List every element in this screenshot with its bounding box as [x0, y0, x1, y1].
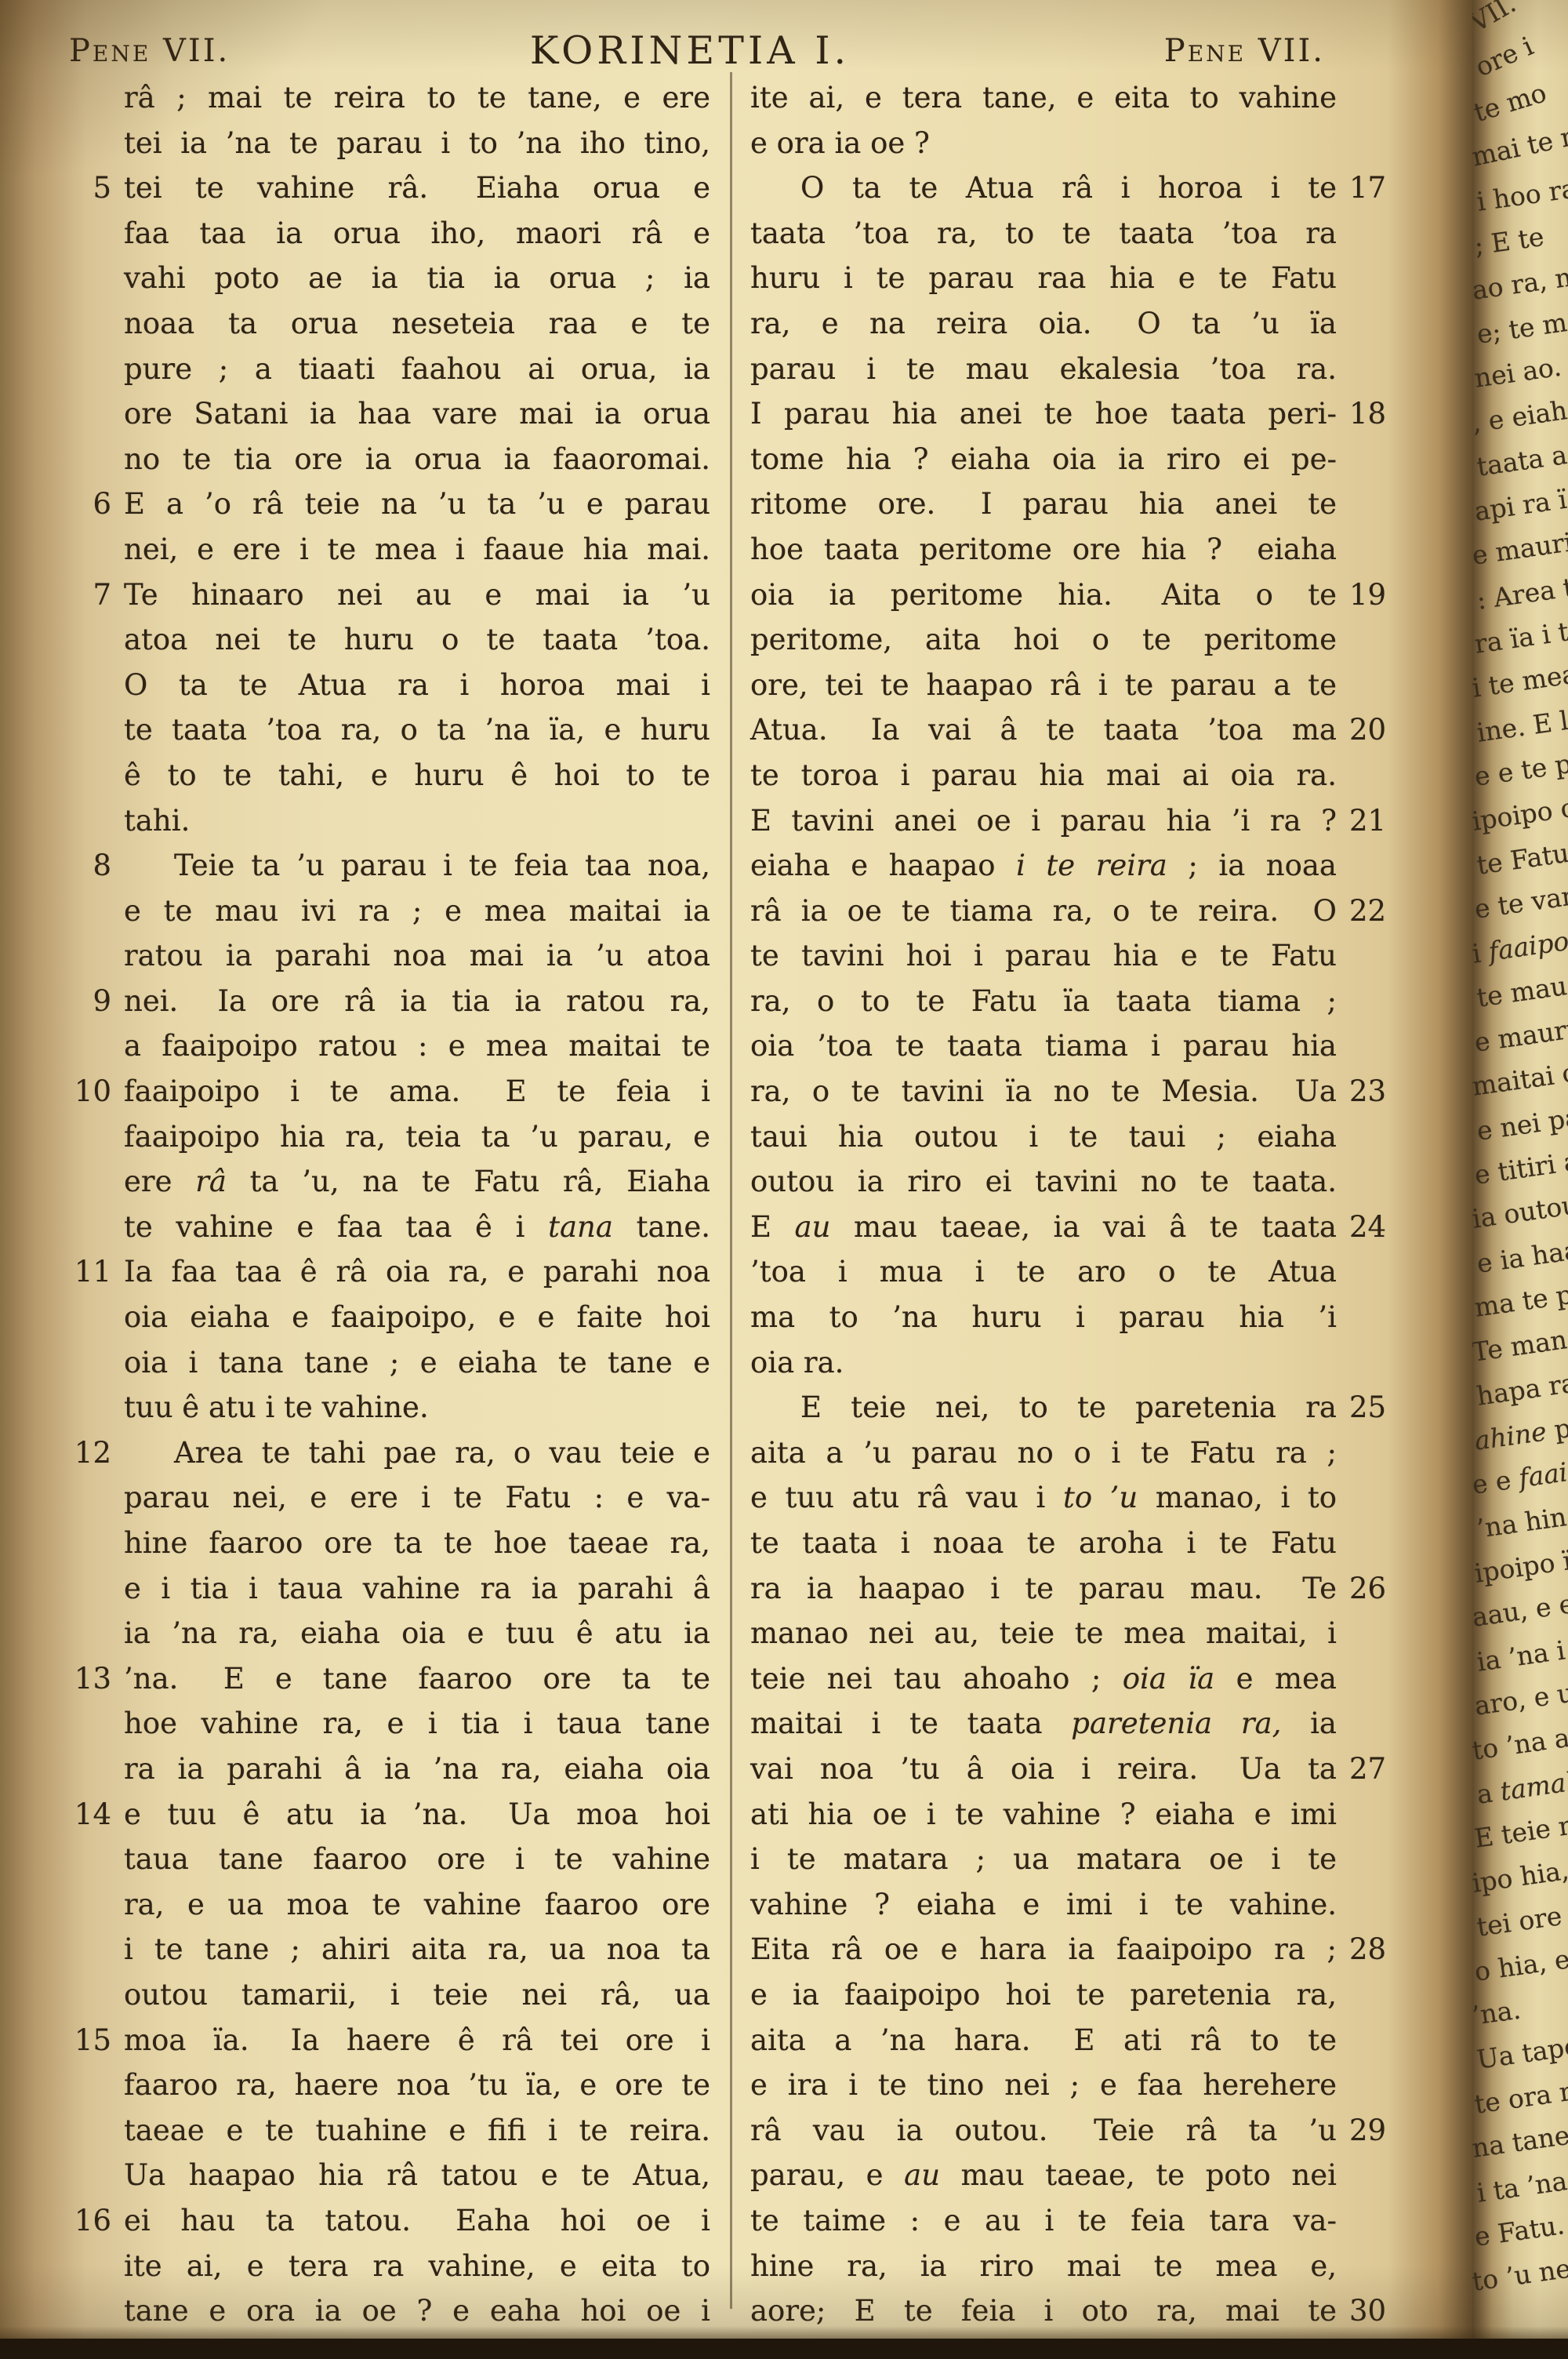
line-text: e ia faaipoipo hoi te paretenia ra,	[750, 1978, 1337, 2012]
verse-number: 7	[56, 572, 111, 618]
line-text: outou tamarii, i teie nei râ, ua	[124, 1978, 710, 2012]
line-text: Eita râ oe e hara ia faaipoipo ra ;	[750, 1932, 1337, 1966]
text-line: noaa ta orua neseteia raa e te	[124, 301, 710, 347]
line-text: e i tia i taua vahine ra ia parahi â	[124, 1572, 710, 1605]
line-text: a faaipoipo ratou : e mea maitai te	[124, 1029, 710, 1063]
text-line: maitai i te taata paretenia ra, ia	[750, 1701, 1337, 1747]
verse-number: 5	[56, 165, 111, 211]
text-line: ’toa i mua i te aro o te Atua	[750, 1249, 1337, 1295]
verse-number: 28	[1349, 1927, 1428, 1972]
verse-number: 11	[56, 1249, 111, 1295]
text-line: hoe vahine ra, e i tia i taua tane	[124, 1701, 710, 1747]
line-text: te taata i noaa te aroha i te Fatu	[750, 1526, 1337, 1560]
edge-text-fragment: ia ’na i t	[1475, 1625, 1568, 1677]
text-line: O ta te Atua ra i horoa mai i	[124, 663, 710, 708]
text-line: manao nei au, teie te mea maitai, i	[750, 1611, 1337, 1656]
line-text: ritome ore. I parau hia anei te	[750, 487, 1337, 521]
text-line: Ua haapao hia râ tatou e te Atua,	[124, 2153, 710, 2198]
line-text: oia ra.	[750, 1346, 844, 1379]
line-text: taui hia outou i te taui ; eiaha	[750, 1120, 1337, 1154]
line-text: ei hau ta tatou. Eaha hoi oe i	[124, 2204, 710, 2237]
line-text: hine faaroo ore ta te hoe taeae ra,	[124, 1526, 710, 1560]
edge-text-fragment: aro, e ua	[1472, 1669, 1568, 1721]
line-text: no te tia ore ia orua ia faaoromai.	[124, 442, 710, 476]
verse-number: 12	[56, 1430, 111, 1476]
text-line: no te tia ore ia orua ia faaoromai.	[124, 437, 710, 482]
line-text: Ia faa taa ê râ oia ra, e parahi noa	[124, 1255, 710, 1289]
verse-number: 15	[56, 2018, 111, 2063]
text-line: pure ; a tiaati faahou ai orua, ia	[124, 347, 710, 392]
edge-text-fragment: ia outou,	[1472, 1182, 1568, 1234]
line-text: nei, e ere i te mea i faaue hia mai.	[124, 533, 710, 566]
edge-text-fragment: ; E te	[1472, 209, 1568, 260]
text-line: vahi poto ae ia tia ia orua ; ia	[124, 256, 710, 301]
line-text: te vahine e faa taa ê i tana tane.	[124, 1210, 710, 1244]
edge-text-fragment: e ia haapa	[1475, 1227, 1568, 1278]
text-line: tuu ê atu i te vahine.	[124, 1385, 710, 1430]
text-line: oia ra.	[750, 1340, 1337, 1386]
text-line: oia eiaha e faaipoipo, e e faite hoi	[124, 1295, 710, 1340]
line-text: faaipoipo i te ama. E te feia i	[124, 1074, 710, 1108]
text-line: te tavini hoi i parau hia e te Fatu	[750, 933, 1337, 979]
line-text: ra, e ua moa te vahine faaroo ore	[124, 1888, 710, 1921]
text-line: huru i te parau raa hia e te Fatu	[750, 256, 1337, 301]
edge-text-fragment: te Fatu r	[1475, 828, 1568, 880]
line-text: oia i tana tane ; e eiaha te tane e	[124, 1346, 710, 1379]
text-line: 25E teie nei, to te paretenia ra	[750, 1385, 1337, 1430]
edge-text-fragment: e e te pa	[1472, 740, 1568, 791]
line-text: ra ia parahi â ia ’na ra, eiaha oia	[124, 1752, 710, 1786]
line-text: râ vau ia outou. Teie râ ta ’u	[750, 2114, 1337, 2147]
text-line: tahi.	[124, 798, 710, 844]
text-line: 28Eita râ oe e hara ia faaipoipo ra ;	[750, 1927, 1337, 1972]
line-text: ore, tei te haapao râ i te parau a te	[750, 668, 1337, 702]
text-line: ia ’na ra, eiaha oia e tuu ê atu ia	[124, 1611, 710, 1656]
text-line: 26ra ia haapao i te parau mau. Te	[750, 1566, 1337, 1612]
page-header: Pene VII. KORINETIA I. Pene VII.	[0, 28, 1472, 78]
column-divider-rule	[730, 72, 732, 2309]
line-text: E teie nei, to te paretenia ra	[800, 1390, 1337, 1424]
page-bottom-shadow	[0, 2326, 1568, 2339]
text-line: 27vai noa ’tu â oia i reira. Ua ta	[750, 1747, 1337, 1792]
line-text: ma to ’na huru i parau hia ’i	[750, 1300, 1337, 1334]
text-line: 29râ vau ia outou. Teie râ ta ’u	[750, 2108, 1337, 2154]
text-line: ma to ’na huru i parau hia ’i	[750, 1295, 1337, 1340]
line-text: e tuu ê atu ia ’na. Ua moa hoi	[124, 1797, 710, 1831]
line-text: ere râ ta ’u, na te Fatu râ, Eiaha	[124, 1165, 710, 1198]
text-line: oia ’toa te taata tiama i parau hia	[750, 1023, 1337, 1069]
edge-text-fragment: ’na hinaa	[1475, 1492, 1568, 1543]
edge-text-fragment: e e faaipo	[1472, 1448, 1568, 1499]
text-line: taata ’toa ra, to te taata ’toa ra	[750, 211, 1337, 256]
edge-text-fragment: E teie n	[1472, 1801, 1568, 1853]
verse-number: 18	[1349, 391, 1428, 437]
line-text: e tuu atu râ vau i to ’u manao, i to	[750, 1481, 1337, 1514]
text-line: e te mau ivi ra ; e mea maitai ia	[124, 889, 710, 934]
text-line: hoe taata peritome ore hia ? eiaha	[750, 527, 1337, 572]
verse-number: 25	[1349, 1385, 1428, 1430]
text-line: e tuu atu râ vau i to ’u manao, i to	[750, 1475, 1337, 1521]
text-line: parau i te mau ekalesia ’toa ra.	[750, 347, 1337, 392]
line-text: parau nei, e ere i te Fatu : e va-	[124, 1481, 710, 1514]
edge-text-fragment: e titiri at	[1472, 1138, 1568, 1190]
text-line: 10faaipoipo i te ama. E te feia i	[124, 1069, 710, 1114]
text-line: hine ra, ia riro mai te mea e,	[750, 2244, 1337, 2289]
line-text: Te hinaaro nei au e mai ia ’u	[124, 578, 710, 612]
text-line: nei, e ere i te mea i faaue hia mai.	[124, 527, 710, 572]
edge-text-fragment: aau, e e a	[1472, 1580, 1568, 1632]
edge-text-fragment: to ’u nei	[1472, 2245, 1568, 2296]
line-text: atoa nei te huru o te taata ’toa.	[124, 623, 710, 656]
text-line: parau nei, e ere i te Fatu : e va-	[124, 1475, 710, 1521]
line-text: ratou ia parahi noa mai ia ’u atoa	[124, 939, 710, 972]
line-text: vahine ? eiaha e imi i te vahine.	[750, 1888, 1337, 1921]
text-line: faaipoipo hia ra, teia ta ’u parau, e	[124, 1114, 710, 1160]
line-text: oia ia peritome hia. Aita o te	[750, 578, 1337, 612]
text-line: atoa nei te huru o te taata ’toa.	[124, 617, 710, 663]
edge-text-fragment: i ta ’na	[1475, 2156, 1568, 2208]
line-text: peritome, aita hoi o te peritome	[750, 623, 1337, 656]
line-text: manao nei au, teie te mea maitai, i	[750, 1616, 1337, 1650]
edge-text-fragment: e; te mou	[1475, 297, 1568, 349]
edge-text-fragment: e Fatu.	[1472, 2200, 1568, 2252]
verse-number: 24	[1349, 1205, 1428, 1250]
line-text: I parau hia anei te hoe taata peri-	[750, 397, 1337, 431]
verse-number: 23	[1349, 1069, 1428, 1114]
line-text: tome hia ? eiaha oia ia riro ei pe-	[750, 442, 1337, 476]
edge-text-fragment: taata aor	[1475, 430, 1568, 482]
line-text: faaipoipo hia ra, teia ta ’u parau, e	[124, 1120, 710, 1154]
text-line: oia i tana tane ; e eiaha te tane e	[124, 1340, 710, 1386]
edge-text-fragment: e mauri	[1472, 518, 1568, 570]
line-text: oia ’toa te taata tiama i parau hia	[750, 1029, 1337, 1063]
scanned-book-page: Pene VII. KORINETIA I. Pene VII. râ ; ma…	[0, 0, 1568, 2359]
text-line: râ ; mai te reira to te tane, e ere	[124, 75, 710, 121]
running-head-right: Pene VII.	[1098, 33, 1325, 69]
line-text: aita a ’u parau no o i te Fatu ra ;	[750, 1436, 1337, 1470]
line-text: ite ai, e tera ra vahine, e eita to	[124, 2249, 710, 2283]
line-text: O ta te Atua ra i horoa mai i	[124, 668, 710, 702]
line-text: huru i te parau raa hia e te Fatu	[750, 261, 1337, 295]
text-line: 16ei hau ta tatou. Eaha hoi oe i	[124, 2198, 710, 2244]
text-line: 8Teie ta ’u parau i te feia taa noa,	[124, 843, 710, 889]
verse-number: 6	[56, 482, 111, 527]
edge-text-fragment: e nei par	[1475, 1094, 1568, 1146]
line-text: Teie ta ’u parau i te feia taa noa,	[174, 849, 710, 882]
text-line: aita a ’na hara. E ati râ to te	[750, 2018, 1337, 2063]
verse-number: 8	[56, 843, 111, 889]
verse-number: 14	[56, 1792, 111, 1837]
line-text: ati hia oe i te vahine ? eiaha e imi	[750, 1797, 1337, 1831]
text-line: e i tia i taua vahine ra ia parahi â	[124, 1566, 710, 1612]
line-text: tei te vahine râ. Eiaha orua e	[124, 171, 710, 205]
text-line: ra, e ua moa te vahine faaroo ore	[124, 1882, 710, 1928]
line-text: i te matara ; ua matara oe i te	[750, 1842, 1337, 1876]
edge-text-fragment: hapa ra ta	[1475, 1359, 1568, 1411]
text-line: teie nei tau ahoaho ; oia ïa e mea	[750, 1656, 1337, 1702]
line-text: i te tane ; ahiri aita ra, ua noa ta	[124, 1932, 710, 1966]
edge-text-fragment: i faaipoip	[1472, 917, 1568, 969]
line-text: parau, e au mau taeae, te poto nei	[750, 2158, 1337, 2192]
text-line: eiaha e haapao i te reira ; ia noaa	[750, 843, 1337, 889]
verse-number: 29	[1349, 2108, 1428, 2154]
line-text: ra, o to te Fatu ïa taata tiama ;	[750, 984, 1337, 1018]
edge-text-fragment: a tamahine	[1475, 1757, 1568, 1809]
line-text: te tavini hoi i parau hia e te Fatu	[750, 939, 1337, 972]
text-line: ore Satani ia haa vare mai ia orua	[124, 391, 710, 437]
edge-text-fragment: ’na.	[1472, 1979, 1568, 2030]
text-line: e ira i te tino nei ; e faa herehere	[750, 2063, 1337, 2108]
line-text: E au mau taeae, ia vai â te taata	[750, 1210, 1337, 1244]
text-line: taeae e te tuahine e fifi i te reira.	[124, 2108, 710, 2154]
edge-text-fragment: api ra ïa	[1472, 474, 1568, 526]
line-text: aore; E te feia i oto ra, mai te	[750, 2294, 1337, 2328]
line-text: noaa ta orua neseteia raa e te	[124, 307, 710, 340]
line-text: pure ; a tiaati faahou ai orua, ia	[124, 352, 710, 386]
text-line: te taata ’toa ra, o ta ’na ïa, e huru	[124, 707, 710, 753]
text-line: 22râ ia oe te tiama ra, o te reira. O	[750, 889, 1337, 934]
text-line: ratou ia parahi noa mai ia ’u atoa	[124, 933, 710, 979]
text-line: 7Te hinaaro nei au e mai ia ’u	[124, 572, 710, 618]
verse-number: 13	[56, 1656, 111, 1702]
line-text: oia eiaha e faaipoipo, e e faite hoi	[124, 1300, 710, 1334]
line-text: nei. Ia ore râ ia tia ia ratou ra,	[124, 984, 710, 1018]
text-line: ê to te tahi, e huru ê hoi to te	[124, 753, 710, 798]
edge-text-fragment: maitai out	[1472, 1049, 1568, 1101]
line-text: e ora ia oe ?	[750, 126, 930, 160]
line-text: râ ia oe te tiama ra, o te reira. O	[750, 894, 1337, 928]
edge-text-fragment: ao ra, n	[1472, 253, 1568, 305]
text-line: ra, o to te Fatu ïa taata tiama ;	[750, 979, 1337, 1024]
text-line: faa taa ia orua iho, maori râ e	[124, 211, 710, 256]
edge-text-fragment: Ua tapea	[1475, 2023, 1568, 2074]
line-text: tuu ê atu i te vahine.	[124, 1390, 429, 1424]
line-text: E a ’o râ teie na ’u ta ’u e parau	[124, 487, 710, 521]
line-text: aita a ’na hara. E ati râ to te	[750, 2023, 1337, 2057]
text-line: 17O ta te Atua râ i horoa i te	[750, 165, 1337, 211]
edge-text-fragment: , e eiaha	[1472, 386, 1568, 438]
photo-bottom-edge	[0, 2339, 1568, 2359]
line-text: e ira i te tino nei ; e faa herehere	[750, 2068, 1337, 2102]
text-line: ere râ ta ’u, na te Fatu râ, Eiaha	[124, 1159, 710, 1205]
text-line: taua tane faaroo ore i te vahine	[124, 1837, 710, 1882]
line-text: tane e ora ia oe ? e eaha hoi oe i	[124, 2294, 710, 2328]
text-line: e ia faaipoipo hoi te paretenia ra,	[750, 1972, 1337, 2018]
line-text: tahi.	[124, 804, 190, 838]
line-text: ê to te tahi, e huru ê hoi to te	[124, 758, 710, 792]
text-line: taui hia outou i te taui ; eiaha	[750, 1114, 1337, 1160]
text-line: 12Area te tahi pae ra, o vau teie e	[124, 1430, 710, 1476]
edge-text-fragment: ahine par	[1472, 1404, 1568, 1456]
line-text: faaroo ra, haere noa ’tu ïa, e ore te	[124, 2068, 710, 2102]
line-text: ra, o te tavini ïa no te Mesia. Ua	[750, 1074, 1337, 1108]
line-text: hoe vahine ra, e i tia i taua tane	[124, 1707, 710, 1740]
verse-number: 10	[56, 1069, 111, 1114]
text-line: 15moa ïa. Ia haere ê râ tei ore i	[124, 2018, 710, 2063]
text-line: 13’na. E e tane faaroo ore ta te	[124, 1656, 710, 1702]
line-text: parau i te mau ekalesia ’toa ra.	[750, 352, 1337, 386]
line-text: taeae e te tuahine e fifi i te reira.	[124, 2114, 710, 2147]
edge-text-fragment: : Area tei	[1475, 563, 1568, 615]
line-text: ra, e na reira oia. O ta ’u ïa	[750, 307, 1337, 340]
text-line: 19oia ia peritome hia. Aita o te	[750, 572, 1337, 618]
text-line: te taime : e au i te feia tara va-	[750, 2198, 1337, 2244]
edge-text-fragment: i hoo ra	[1475, 165, 1568, 216]
text-line: outou ia riro ei tavini no te taata.	[750, 1159, 1337, 1205]
edge-text-fragment: ipoipo ore	[1472, 784, 1568, 836]
text-line: i te tane ; ahiri aita ra, ua noa ta	[124, 1927, 710, 1972]
line-text: eiaha e haapao i te reira ; ia noaa	[750, 849, 1337, 882]
line-text: vai noa ’tu â oia i reira. Ua ta	[750, 1752, 1337, 1786]
edge-text-fragment: tei ore r	[1475, 1890, 1568, 1942]
line-text: Ua haapao hia râ tatou e te Atua,	[124, 2158, 710, 2192]
verse-number: 9	[56, 979, 111, 1024]
edge-text-fragment: Te manao	[1472, 1315, 1568, 1367]
line-text: ite ai, e tera tane, e eita to vahine	[750, 81, 1337, 114]
text-line: ite ai, e tera tane, e eita to vahine	[750, 75, 1337, 121]
edge-text-fragment: na tane, u	[1472, 2111, 1568, 2163]
text-line: a faaipoipo ratou : e mea maitai te	[124, 1023, 710, 1069]
line-text: hoe taata peritome ore hia ? eiaha	[750, 533, 1337, 566]
line-text: Atua. Ia vai â te taata ’toa ma	[750, 713, 1337, 747]
text-line: 20Atua. Ia vai â te taata ’toa ma	[750, 707, 1337, 753]
line-text: râ ; mai te reira to te tane, e ere	[124, 81, 710, 114]
text-line: aita a ’u parau no o i te Fatu ra ;	[750, 1430, 1337, 1476]
text-line: parau, e au mau taeae, te poto nei	[750, 2153, 1337, 2198]
edge-text-fragment: te mau m	[1475, 961, 1568, 1012]
text-line: 18I parau hia anei te hoe taata peri-	[750, 391, 1337, 437]
line-text: te toroa i parau hia mai ai oia ra.	[750, 758, 1337, 792]
verse-number: 16	[56, 2198, 111, 2244]
line-text: vahi poto ae ia tia ia orua ; ia	[124, 261, 710, 295]
text-line: 24E au mau taeae, ia vai â te taata	[750, 1205, 1337, 1250]
line-text: ra ia haapao i te parau mau. Te	[750, 1572, 1337, 1605]
line-text: E tavini anei oe i parau hia ’i ra ?	[750, 804, 1337, 838]
text-line: faaroo ra, haere noa ’tu ïa, e ore te	[124, 2063, 710, 2108]
text-line: outou tamarii, i teie nei râ, ua	[124, 1972, 710, 2018]
edge-text-fragment: i te mea	[1472, 651, 1568, 703]
text-line: tei ia ’na te parau i to ’na iho tino,	[124, 121, 710, 166]
text-line: te taata i noaa te aroha i te Fatu	[750, 1521, 1337, 1566]
text-line: te vahine e faa taa ê i tana tane.	[124, 1205, 710, 1250]
line-text: O ta te Atua râ i horoa i te	[800, 171, 1337, 205]
text-line: ite ai, e tera ra vahine, e eita to	[124, 2244, 710, 2289]
edge-text-fragment: ra ïa i te	[1472, 607, 1568, 659]
edge-text-fragment: o hia, e	[1472, 1935, 1568, 1986]
line-text: tei ia ’na te parau i to ’na iho tino,	[124, 126, 710, 160]
line-text: hine ra, ia riro mai te mea e,	[750, 2249, 1337, 2283]
verse-number: 20	[1349, 707, 1428, 753]
edge-text-fragment: te ora raa t	[1472, 2067, 1568, 2119]
line-text: taua tane faaroo ore i te vahine	[124, 1842, 710, 1876]
text-line: ra ia parahi â ia ’na ra, eiaha oia	[124, 1747, 710, 1792]
text-line: ritome ore. I parau hia anei te	[750, 482, 1337, 527]
edge-text-fragment: ipoipo ïa.	[1472, 1536, 1568, 1588]
edge-text-fragment: e te var	[1472, 872, 1568, 924]
line-text: te taata ’toa ra, o ta ’na ïa, e huru	[124, 713, 710, 747]
edge-text-fragment: ipo hia, e	[1472, 1846, 1568, 1898]
text-line: ati hia oe i te vahine ? eiaha e imi	[750, 1792, 1337, 1837]
text-line: 5tei te vahine râ. Eiaha orua e	[124, 165, 710, 211]
text-line: 21E tavini anei oe i parau hia ’i ra ?	[750, 798, 1337, 844]
text-line: tome hia ? eiaha oia ia riro ei pe-	[750, 437, 1337, 482]
left-text-column: râ ; mai te reira to te tane, e eretei i…	[124, 75, 710, 2334]
text-line: e ora ia oe ?	[750, 121, 1337, 166]
line-text: teie nei tau ahoaho ; oia ïa e mea	[750, 1662, 1337, 1696]
verse-number: 22	[1349, 889, 1428, 934]
line-text: taata ’toa ra, to te taata ’toa ra	[750, 216, 1337, 250]
text-line: 23ra, o te tavini ïa no te Mesia. Ua	[750, 1069, 1337, 1114]
next-page-curled-edge: VII.ore ite momai te mi hoo ra; E teao r…	[1472, 0, 1568, 2359]
text-line: te toroa i parau hia mai ai oia ra.	[750, 753, 1337, 798]
line-text: te taime : e au i te feia tara va-	[750, 2204, 1337, 2237]
text-line: 9nei. Ia ore râ ia tia ia ratou ra,	[124, 979, 710, 1024]
line-text: Area te tahi pae ra, o vau teie e	[174, 1436, 710, 1470]
line-text: ’na. E e tane faaroo ore ta te	[124, 1662, 710, 1696]
text-line: 14e tuu ê atu ia ’na. Ua moa hoi	[124, 1792, 710, 1837]
verse-number: 27	[1349, 1747, 1428, 1792]
line-text: ia ’na ra, eiaha oia e tuu ê atu ia	[124, 1616, 710, 1650]
text-line: vahine ? eiaha e imi i te vahine.	[750, 1882, 1337, 1928]
text-line: ore, tei te haapao râ i te parau a te	[750, 663, 1337, 708]
line-text: e te mau ivi ra ; e mea maitai ia	[124, 894, 710, 928]
right-text-column: ite ai, e tera tane, e eita to vahinee o…	[750, 75, 1337, 2334]
edge-text-fragment: nei ao.	[1472, 341, 1568, 393]
line-text: faa taa ia orua iho, maori râ e	[124, 216, 710, 250]
line-text: outou ia riro ei tavini no te taata.	[750, 1165, 1337, 1198]
text-line: i te matara ; ua matara oe i te	[750, 1837, 1337, 1882]
verse-number: 19	[1349, 572, 1428, 618]
line-text: ore Satani ia haa vare mai ia orua	[124, 397, 710, 431]
verse-number: 21	[1349, 798, 1428, 844]
line-text: maitai i te taata paretenia ra, ia	[750, 1707, 1337, 1740]
verse-number: 26	[1349, 1566, 1428, 1612]
edge-text-fragment: ma te peap	[1472, 1270, 1568, 1322]
edge-text-fragment: e mauru	[1472, 1005, 1568, 1057]
text-line: hine faaroo ore ta te hoe taeae ra,	[124, 1521, 710, 1566]
text-line: 6E a ’o râ teie na ’u ta ’u e parau	[124, 482, 710, 527]
text-line: ra, e na reira oia. O ta ’u ïa	[750, 301, 1337, 347]
edge-text-fragment: ine. E l	[1475, 696, 1568, 747]
text-line: peritome, aita hoi o te peritome	[750, 617, 1337, 663]
verse-number: 17	[1349, 165, 1428, 211]
edge-text-fragment: to ’na aau,	[1472, 1714, 1568, 1765]
line-text: moa ïa. Ia haere ê râ tei ore i	[124, 2023, 710, 2057]
line-text: ’toa i mua i te aro o te Atua	[750, 1255, 1337, 1289]
text-line: 11Ia faa taa ê râ oia ra, e parahi noa	[124, 1249, 710, 1295]
